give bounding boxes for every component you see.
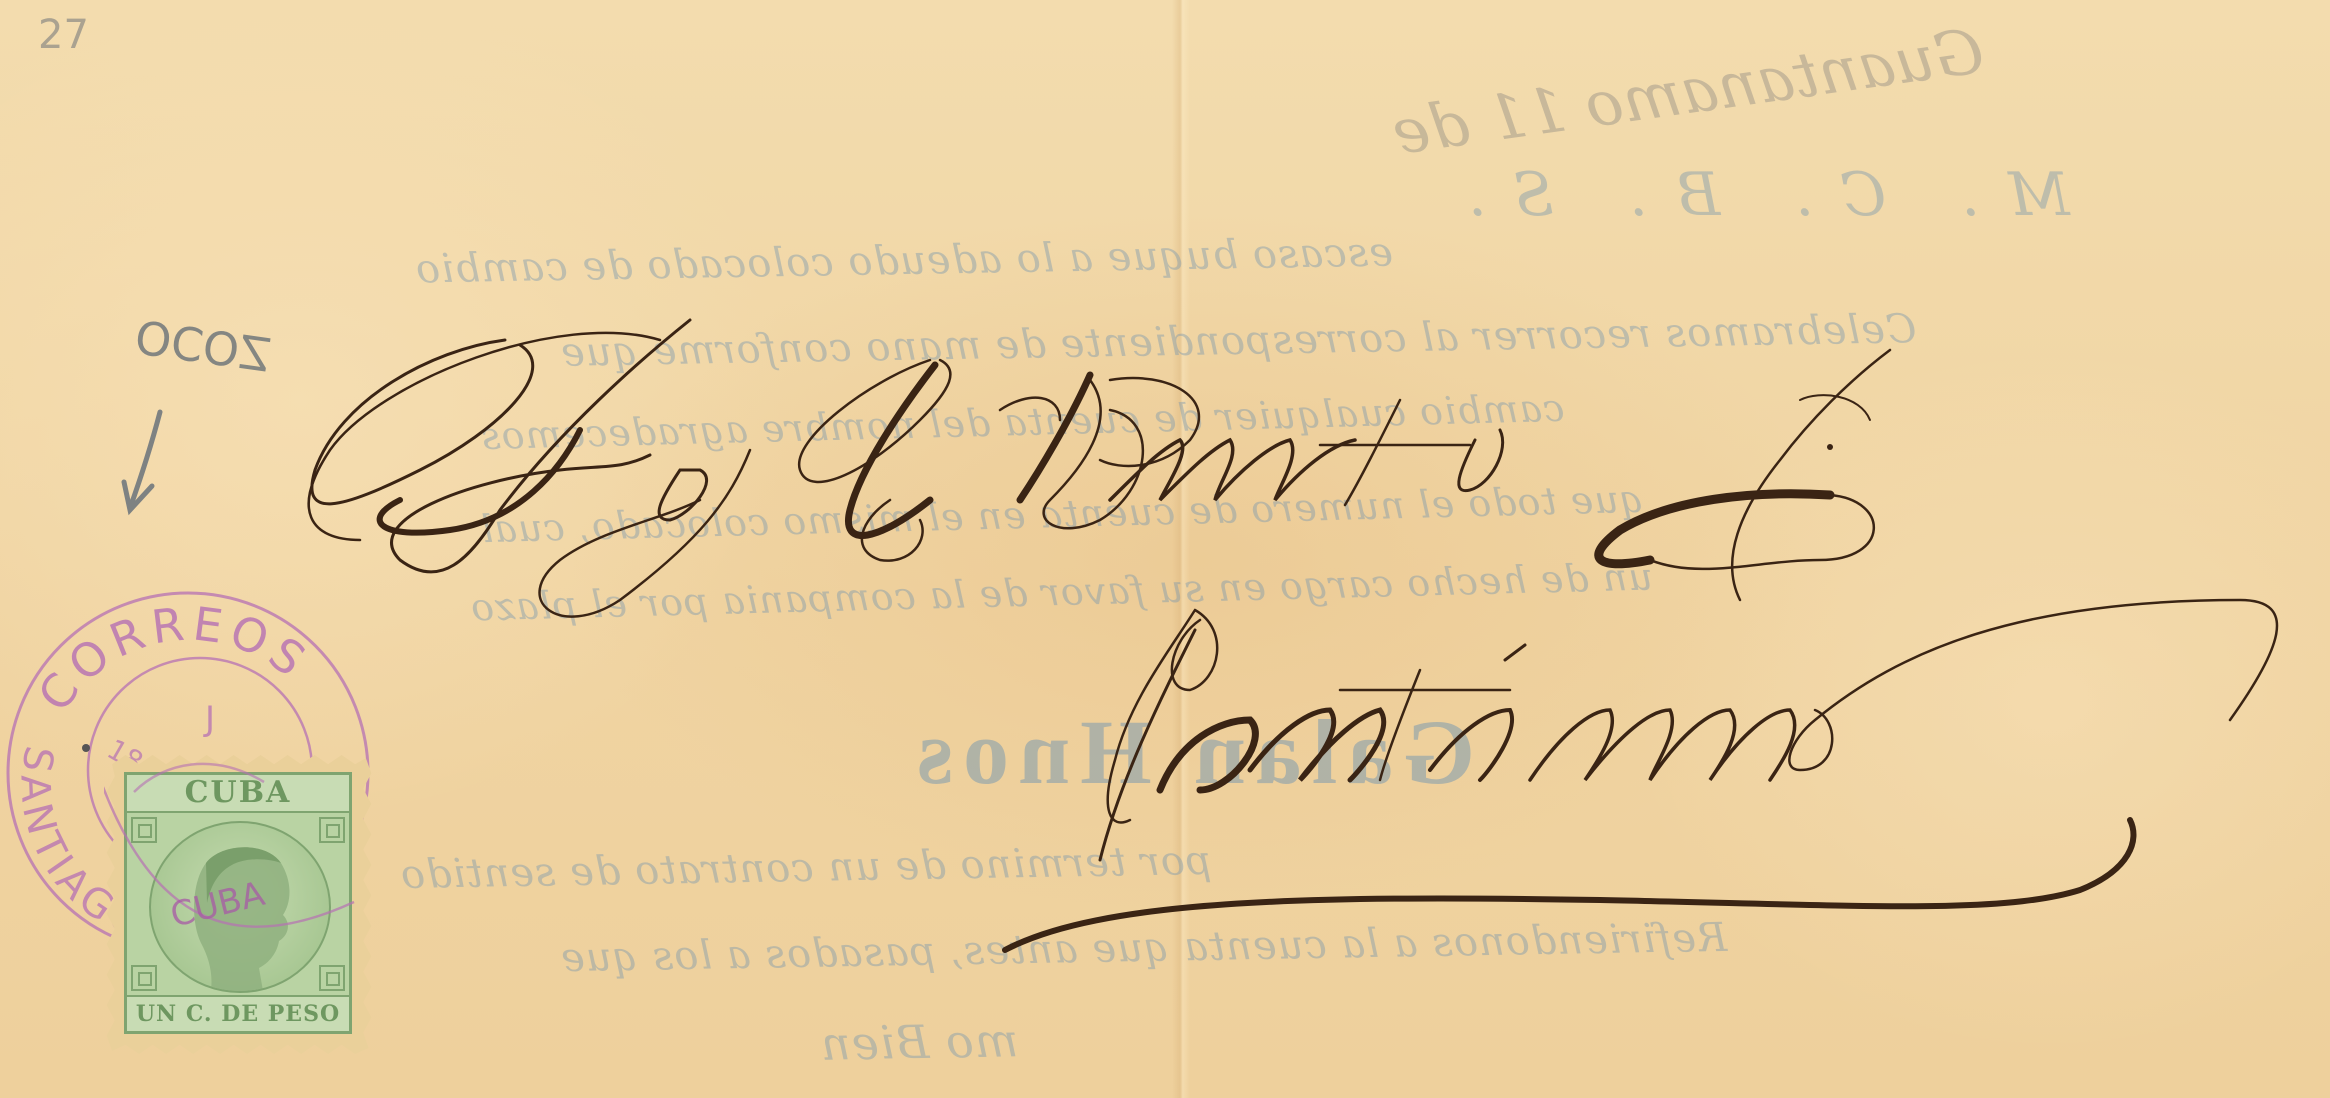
address-line-1-script xyxy=(309,320,1890,617)
document-page: escaso buque a lo adeudo colocado de cam… xyxy=(0,0,2330,1098)
postmark-overprint: CUBA xyxy=(104,752,374,1057)
down-arrow-icon xyxy=(124,412,160,510)
underline-flourish xyxy=(1005,820,2133,950)
ink-dot xyxy=(82,744,90,752)
address-line-2-script xyxy=(1100,600,2277,860)
postmark-date: J xyxy=(203,699,215,739)
postage-stamp: CUBA UN C. DE PESO CUBA xyxy=(104,752,374,1057)
